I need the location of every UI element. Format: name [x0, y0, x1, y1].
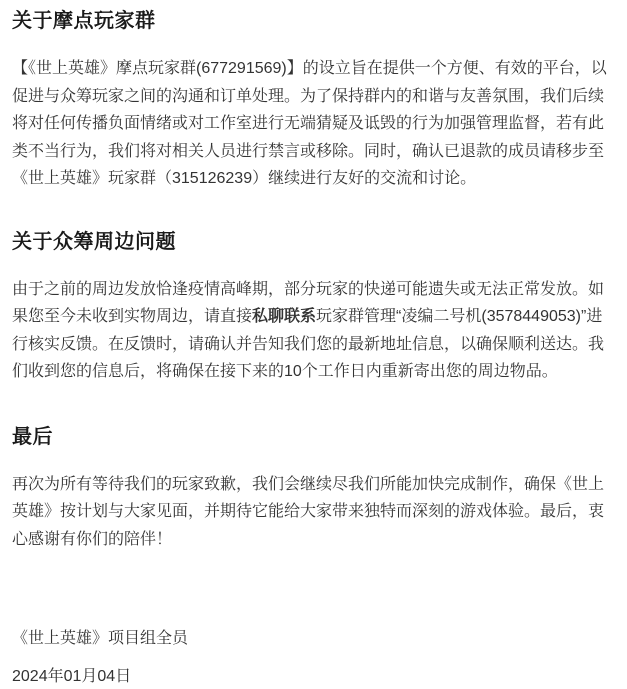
section-heading-final: 最后 [12, 426, 615, 448]
signature: 《世上英雄》项目组全员 [12, 625, 615, 653]
section-heading-modian-group: 关于摩点玩家群 [12, 10, 615, 32]
section-crowdfunding-merch: 关于众筹周边问题 由于之前的周边发放恰逢疫情高峰期，部分玩家的快递可能遗失或无法… [12, 231, 615, 386]
section-modian-group: 关于摩点玩家群 【《世上英雄》摩点玩家群(677291569)】的设立旨在提供一… [12, 10, 615, 193]
section-final: 最后 再次为所有等待我们的玩家致歉，我们会继续尽我们所能加快完成制作，确保《世上… [12, 426, 615, 554]
paragraph-crowdfunding-merch: 由于之前的周边发放恰逢疫情高峰期，部分玩家的快递可能遗失或无法正常发放。如果您至… [12, 276, 615, 386]
document-footer: 《世上英雄》项目组全员 2024年01月04日 [12, 625, 615, 689]
date: 2024年01月04日 [12, 663, 615, 689]
paragraph-final: 再次为所有等待我们的玩家致歉，我们会继续尽我们所能加快完成制作，确保《世上英雄》… [12, 471, 615, 554]
paragraph-modian-group: 【《世上英雄》摩点玩家群(677291569)】的设立旨在提供一个方便、有效的平… [12, 55, 615, 193]
section-heading-crowdfunding-merch: 关于众筹周边问题 [12, 231, 615, 253]
announcement-document: { "page": { "background_color": "#ffffff… [0, 0, 627, 689]
